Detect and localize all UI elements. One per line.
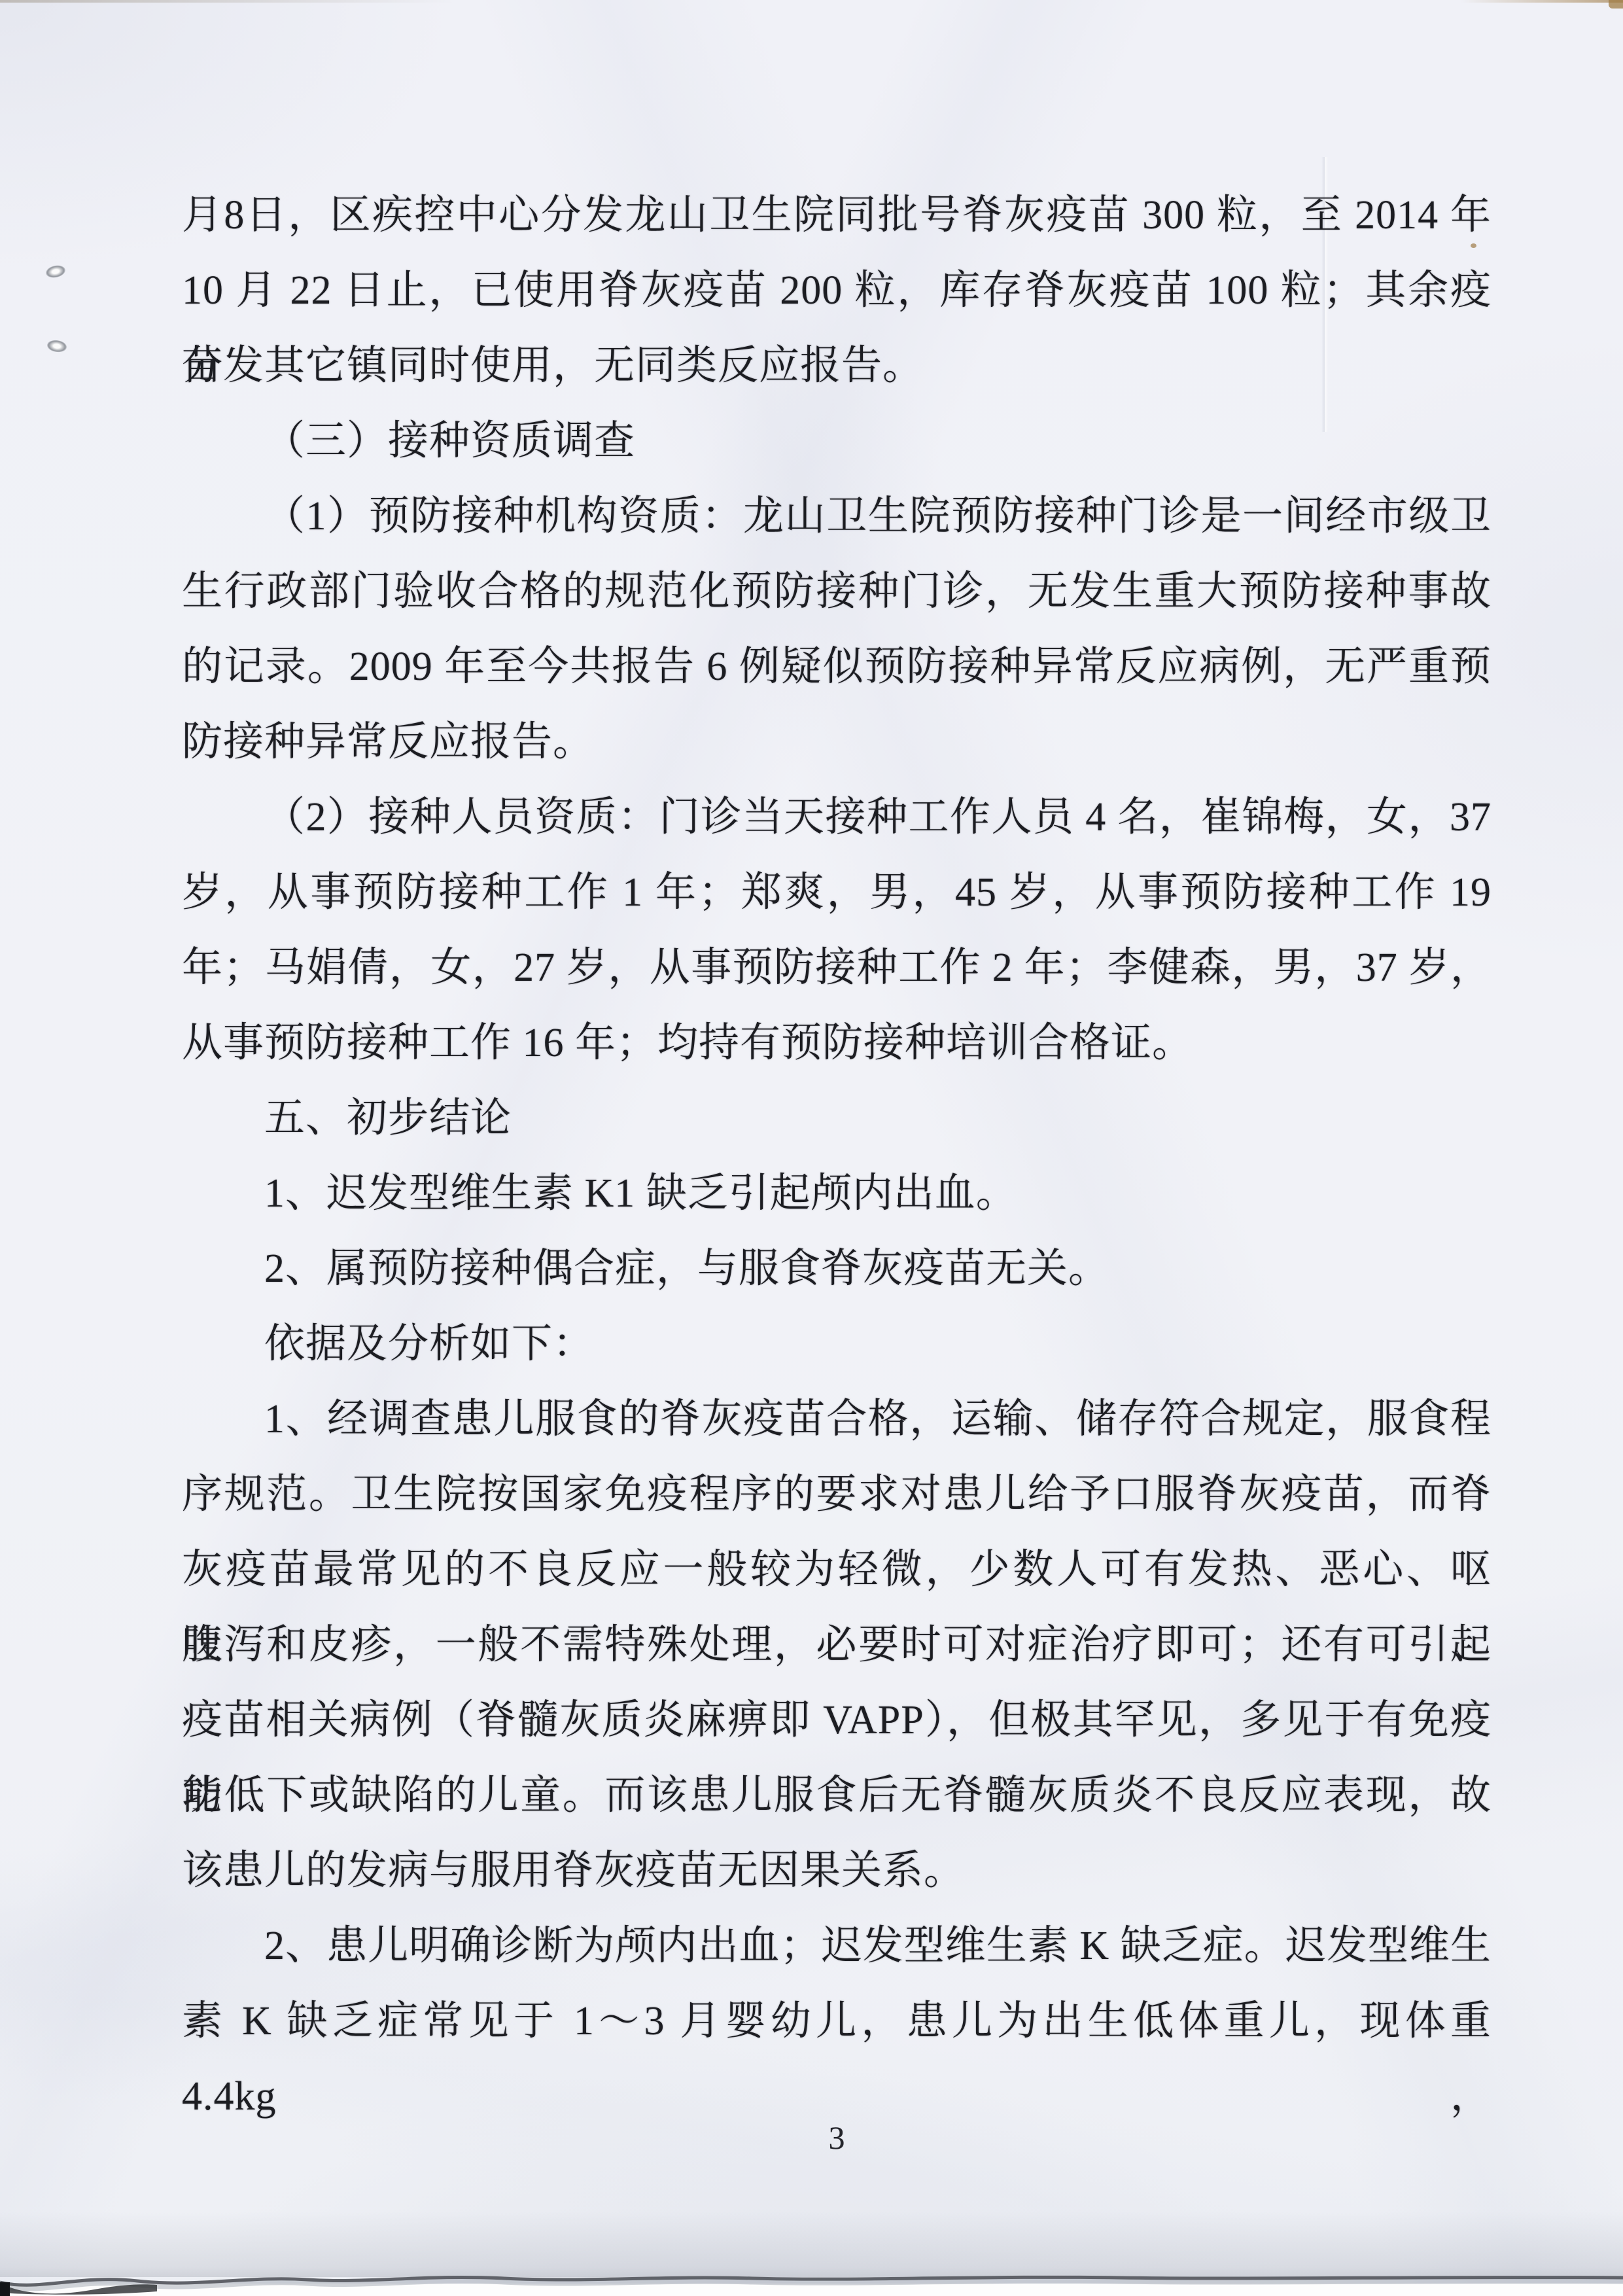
text-line: 2、患儿明确诊断为颅内出血；迟发型维生素 K 缺乏症。迟发型维生 (182, 1909, 1492, 1984)
text-line: 10 月 22 日止，已使用脊灰疫苗 200 粒，库存脊灰疫苗 100 粒；其余… (182, 253, 1492, 328)
scan-corner-artifact (1609, 0, 1623, 9)
text-line: 分发其它镇同时使用，无同类反应报告。 (182, 328, 1492, 404)
text-line: 岁，从事预防接种工作 1 年；郑爽，男，45 岁，从事预防接种工作 19 (182, 855, 1492, 930)
text-line: 防接种异常反应报告。 (182, 705, 1492, 780)
text-line: 灰疫苗最常见的不良反应一般较为轻微，少数人可有发热、恶心、呕吐、 (182, 1532, 1492, 1608)
text-line: 五、初步结论 (182, 1081, 1492, 1156)
page-number: 3 (182, 2119, 1492, 2157)
text-line: 月8日，区疾控中心分发龙山卫生院同批号脊灰疫苗 300 粒，至 2014 年 (182, 178, 1492, 253)
text-line: 序规范。卫生院按国家免疫程序的要求对患儿给予口服脊灰疫苗，而脊 (182, 1457, 1492, 1532)
text-line: 1、迟发型维生素 K1 缺乏引起颅内出血。 (182, 1156, 1492, 1231)
text-line: （1）预防接种机构资质：龙山卫生院预防接种门诊是一间经市级卫 (182, 479, 1492, 554)
text-line: 1、经调查患儿服食的脊灰疫苗合格，运输、储存符合规定，服食程 (182, 1382, 1492, 1457)
text-line: 能低下或缺陷的儿童。而该患儿服食后无脊髓灰质炎不良反应表现，故 (182, 1758, 1492, 1833)
text-line: 该患儿的发病与服用脊灰疫苗无因果关系。 (182, 1833, 1492, 1909)
text-line: 的记录。2009 年至今共报告 6 例疑似预防接种异常反应病例，无严重预 (182, 629, 1492, 705)
text-line: 依据及分析如下： (182, 1307, 1492, 1382)
staple-hole-mark (44, 264, 66, 279)
scan-top-edge-artifact (0, 0, 1623, 3)
text-line: 腹泻和皮疹，一般不需特殊处理，必要时可对症治疗即可；还有可引起 (182, 1608, 1492, 1683)
text-line: 2、属预防接种偶合症，与服食脊灰疫苗无关。 (182, 1231, 1492, 1307)
text-line: （2）接种人员资质：门诊当天接种工作人员 4 名，崔锦梅，女，37 (182, 780, 1492, 855)
staple-hole-mark (46, 339, 67, 353)
text-line: （三）接种资质调查 (182, 404, 1492, 479)
text-line: 生行政部门验收合格的规范化预防接种门诊，无发生重大预防接种事故 (182, 554, 1492, 629)
text-line: 素 K 缺乏症常见于 1～3 月婴幼儿，患儿为出生低体重儿，现体重 4.4kg， (182, 1984, 1492, 2059)
paper-edge-shadow (0, 2259, 1623, 2296)
text-line: 从事预防接种工作 16 年；均持有预防接种培训合格证。 (182, 1006, 1492, 1081)
text-line: 疫苗相关病例（脊髓灰质炎麻痹即 VAPP），但极其罕见，多见于有免疫功 (182, 1683, 1492, 1758)
document-body: 月8日，区疾控中心分发龙山卫生院同批号脊灰疫苗 300 粒，至 2014 年10… (182, 178, 1492, 2059)
text-line: 年；马娟倩，女，27 岁，从事预防接种工作 2 年；李健森，男，37 岁， (182, 930, 1492, 1006)
scanned-page: 月8日，区疾控中心分发龙山卫生院同批号脊灰疫苗 300 粒，至 2014 年10… (0, 0, 1623, 2296)
